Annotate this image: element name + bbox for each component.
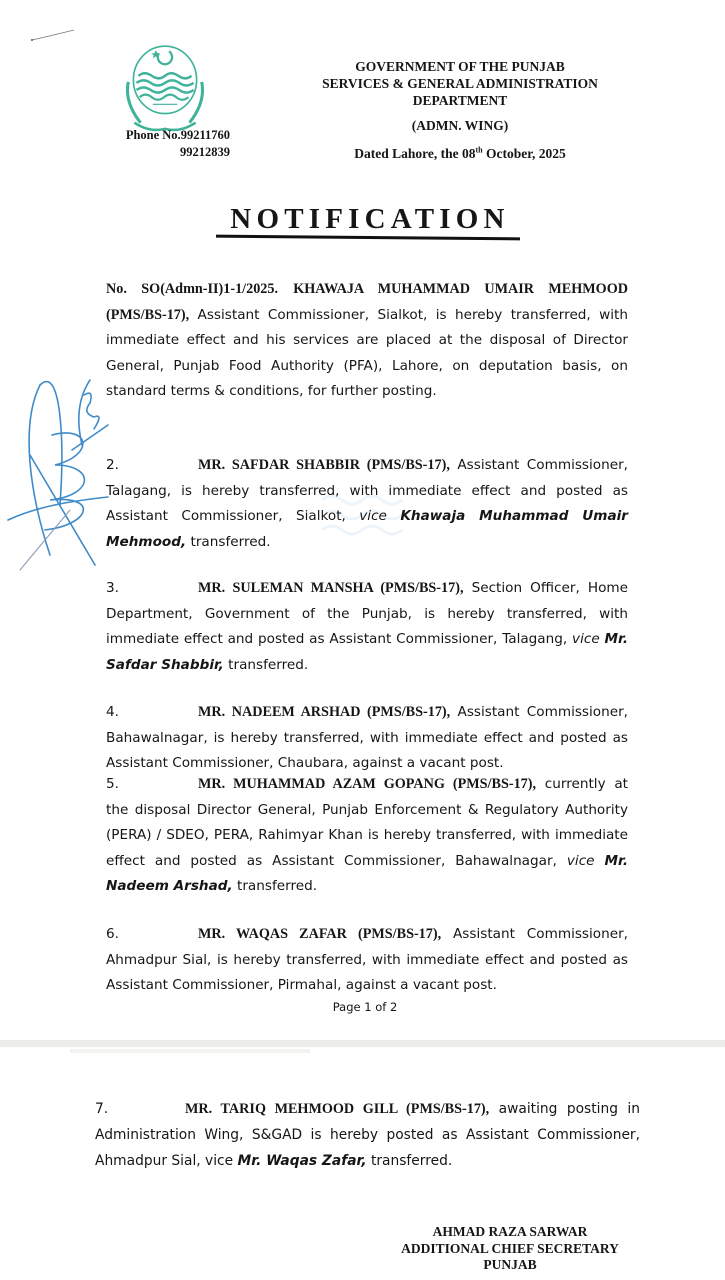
officer-name: MR. SULEMAN MANSHA (PMS/BS-17), — [198, 580, 464, 596]
phone-number-2: 99212839 — [114, 144, 230, 161]
org-line-3: DEPARTMENT — [300, 92, 620, 109]
paragraph-tail: transferred. — [367, 1153, 453, 1169]
phone-label: Phone No. — [126, 128, 181, 142]
paragraph-7: 7.MR. TARIQ MEHMOOD GILL (PMS/BS-17), aw… — [95, 1096, 640, 1174]
page-separator — [0, 1040, 725, 1047]
vice-label: vice — [567, 853, 595, 869]
paragraph-number: 5. — [106, 772, 198, 798]
org-line-2: SERVICES & GENERAL ADMINISTRATION — [300, 75, 620, 92]
officer-name: MR. WAQAS ZAFAR (PMS/BS-17), — [198, 926, 441, 942]
officer-name: MR. TARIQ MEHMOOD GILL (PMS/BS-17), — [185, 1101, 489, 1117]
paragraph-number: 6. — [106, 922, 198, 948]
page-number: Page 1 of 2 — [280, 1000, 450, 1014]
paragraph-6: 6.MR. WAQAS ZAFAR (PMS/BS-17), Assistant… — [106, 922, 628, 999]
pen-mark-icon — [30, 28, 76, 44]
paragraph-4: 4.MR. NADEEM ARSHAD (PMS/BS-17), Assista… — [106, 700, 628, 777]
officer-name: MR. SAFDAR SHABBIR (PMS/BS-17), — [198, 457, 450, 473]
document-title: NOTIFICATION — [200, 203, 540, 236]
page-edge-shadow — [70, 1049, 310, 1053]
signatory-province: PUNJAB — [365, 1257, 655, 1274]
org-line-1: GOVERNMENT OF THE PUNJAB — [300, 58, 620, 75]
paragraph-number: 3. — [106, 576, 198, 602]
wing: (ADMN. WING) — [300, 117, 620, 134]
paragraph-tail: transferred. — [233, 878, 317, 894]
handwritten-signature-icon — [0, 355, 120, 575]
paragraph-number: 4. — [106, 700, 198, 726]
officer-name: MR. MUHAMMAD AZAM GOPANG (PMS/BS-17), — [198, 776, 536, 792]
order-number: No. SO(Admn-II)1-1/2025. — [106, 281, 278, 297]
signatory-name: AHMAD RAZA SARWAR — [365, 1224, 655, 1241]
vice-label: vice — [572, 631, 600, 647]
paragraph-3: 3.MR. SULEMAN MANSHA (PMS/BS-17), Sectio… — [106, 576, 628, 678]
paragraph-1: No. SO(Admn-II)1-1/2025. KHAWAJA MUHAMMA… — [106, 277, 628, 405]
letterhead: GOVERNMENT OF THE PUNJAB SERVICES & GENE… — [300, 58, 620, 162]
paragraph-tail: transferred. — [186, 534, 270, 550]
vice-officer-name: Mr. Waqas Zafar, — [238, 1153, 367, 1169]
paragraph-number: 7. — [95, 1096, 185, 1122]
phone-number-1: 99211760 — [181, 128, 230, 142]
paragraph-5: 5.MR. MUHAMMAD AZAM GOPANG (PMS/BS-17), … — [106, 772, 628, 900]
officer-name: MR. NADEEM ARSHAD (PMS/BS-17), — [198, 704, 450, 720]
phone-numbers: Phone No.99211760 99212839 — [114, 127, 230, 161]
paragraph-tail: transferred. — [224, 657, 308, 673]
date-line: Dated Lahore, the 08th October, 2025 — [300, 145, 620, 162]
punjab-emblem-icon — [114, 37, 216, 139]
paragraph-2: 2.MR. SAFDAR SHABBIR (PMS/BS-17), Assist… — [106, 453, 628, 555]
vice-label: vice — [359, 508, 387, 524]
signatory-designation: ADDITIONAL CHIEF SECRETARY — [365, 1241, 655, 1258]
signatory-block: AHMAD RAZA SARWAR ADDITIONAL CHIEF SECRE… — [365, 1224, 655, 1274]
